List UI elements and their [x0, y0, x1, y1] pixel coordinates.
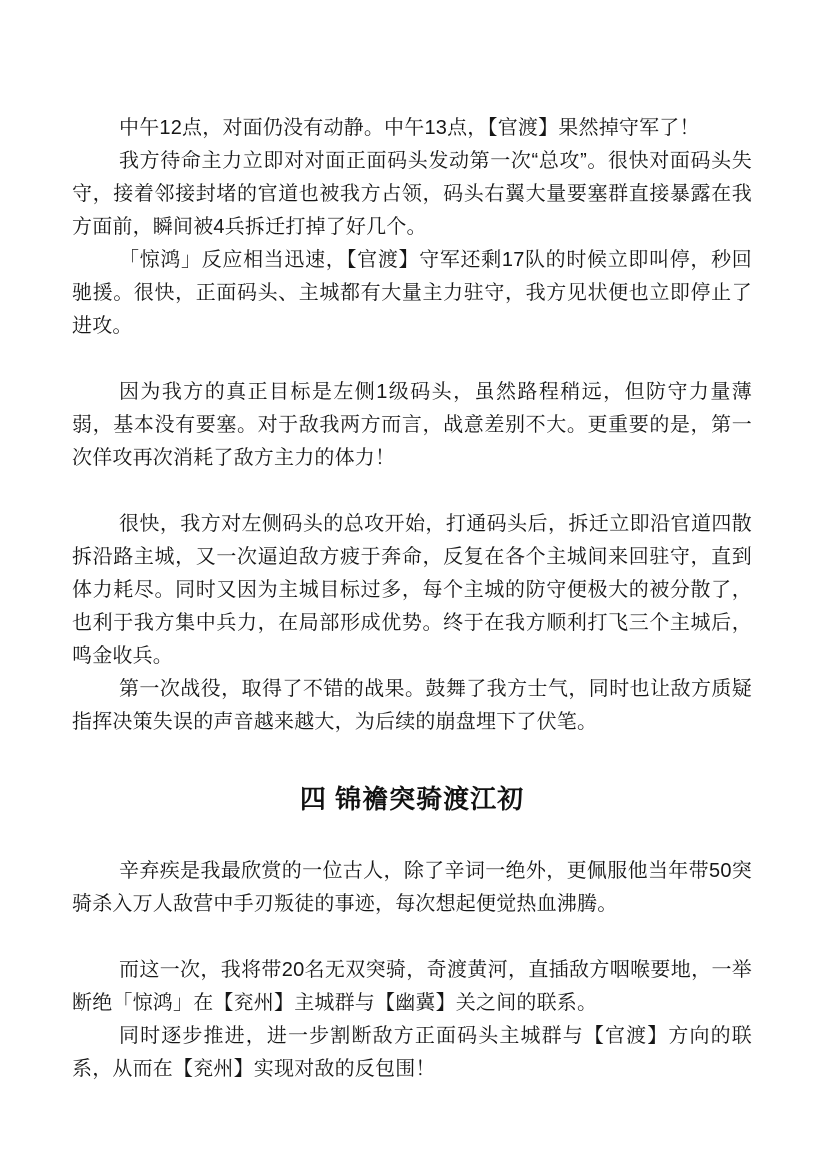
paragraph-first-battle-result: 第一次战役，取得了不错的战果。鼓舞了我方士气，同时也让敌方质疑指挥决策失误的声音… — [72, 673, 752, 739]
paragraph-left-dock-offensive: 很快，我方对左侧码头的总攻开始，打通码头后，拆迁立即沿官道四散拆沿路主城，又一次… — [72, 508, 752, 673]
chapter-heading: 四 锦襜突骑渡江初 — [72, 779, 752, 819]
paragraph-cavalry-plan: 而这一次，我将带20名无双突骑，奇渡黄河，直插敌方咽喉要地，一举断绝「惊鸿」在【… — [72, 954, 752, 1020]
paragraph-first-assault: 我方待命主力立即对对面正面码头发动第一次“总攻”。很快对面码头失守，接着邻接封堵… — [72, 145, 752, 244]
paragraph-noon-update: 中午12点，对面仍没有动静。中午13点，【官渡】果然掉守军了！ — [72, 112, 752, 145]
document-page: 中午12点，对面仍没有动静。中午13点，【官渡】果然掉守军了！ 我方待命主力立即… — [0, 0, 828, 1170]
paragraph-encirclement-plan: 同时逐步推进，进一步割断敌方正面码头主城群与【官渡】方向的联系，从而在【兖州】实… — [72, 1020, 752, 1086]
paragraph-xin-qiji: 辛弃疾是我最欣赏的一位古人，除了辛词一绝外，更佩服他当年带50突骑杀入万人敌营中… — [72, 855, 752, 921]
paragraph-enemy-reaction: 「惊鸿」反应相当迅速，【官渡】守军还剩17队的时候立即叫停，秒回驰援。很快，正面… — [72, 244, 752, 343]
paragraph-real-target: 因为我方的真正目标是左侧1级码头，虽然路程稍远，但防守力量薄弱，基本没有要塞。对… — [72, 376, 752, 475]
